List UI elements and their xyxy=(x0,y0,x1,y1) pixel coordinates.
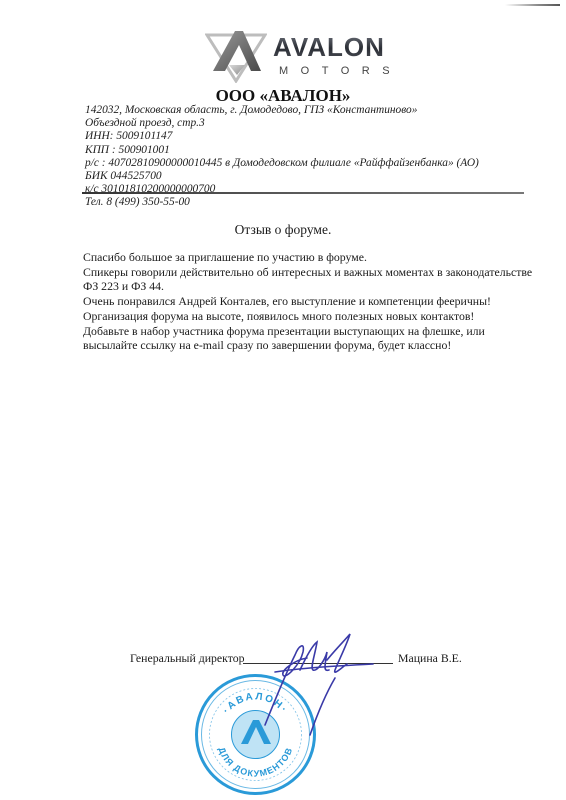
requisite-bik: БИК 044525700 xyxy=(85,170,479,183)
signatory-position: Генеральный директор xyxy=(130,651,245,665)
handwritten-signature-icon xyxy=(255,630,375,740)
body-line: Очень понравился Андрей Конталев, его вы… xyxy=(83,294,553,309)
body-line: ФЗ 223 и ФЗ 44. xyxy=(83,279,553,294)
company-name: ООО «АВАЛОН» xyxy=(0,87,566,105)
document-body: Спасибо большое за приглашение по участи… xyxy=(83,250,553,353)
requisite-kpp: КПП : 500901001 xyxy=(85,144,479,157)
logo-wordmark: AVALON xyxy=(273,34,385,60)
header-divider xyxy=(82,192,524,194)
body-line: Организация форума на высоте, появилось … xyxy=(83,309,553,324)
requisite-address-2: Объездной проезд, стр.3 xyxy=(85,117,479,130)
body-line: Добавьте в набор участника форума презен… xyxy=(83,324,553,339)
scan-artifact-line xyxy=(505,4,560,6)
requisite-phone: Тел. 8 (499) 350-55-00 xyxy=(85,196,479,209)
requisite-account: р/с : 40702810900000010445 в Домодедовск… xyxy=(85,157,479,170)
body-line: Спикеры говорили действительно об интере… xyxy=(83,265,553,280)
body-line: Спасибо большое за приглашение по участи… xyxy=(83,250,553,265)
signatory-name: Мацина В.Е. xyxy=(398,651,462,665)
requisite-inn: ИНН: 5009101147 xyxy=(85,130,479,143)
company-logo: AVALON MOTORS xyxy=(205,27,415,83)
logo-subtitle: MOTORS xyxy=(279,65,402,77)
avalon-triangle-logo-icon xyxy=(205,27,267,83)
body-line: высылайте ссылку на e-mail сразу по заве… xyxy=(83,338,553,353)
document-title: Отзыв о форуме. xyxy=(0,222,566,238)
requisite-corr-account: к/с 30101810200000000700 xyxy=(85,183,479,196)
company-requisites: 142032, Московская область, г. Домодедов… xyxy=(85,104,479,210)
requisite-address: 142032, Московская область, г. Домодедов… xyxy=(85,104,479,117)
